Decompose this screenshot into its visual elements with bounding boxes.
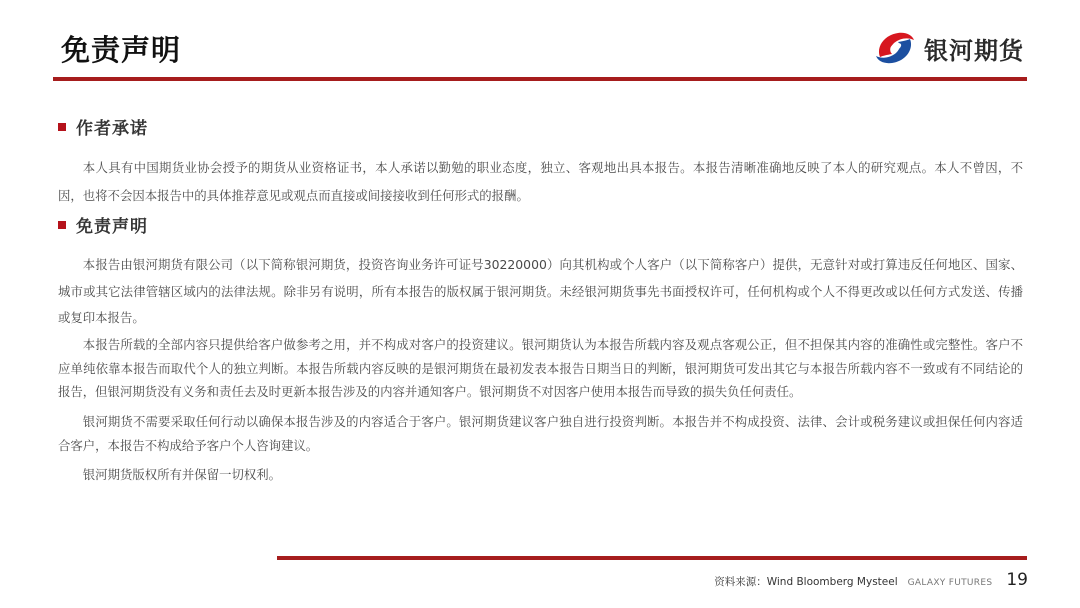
section-title: 作者承诺 <box>76 114 148 139</box>
disclaimer-paragraph-3: 银河期货不需要采取任何行动以确保本报告涉及的内容适合于客户。银河期货建议客户独自… <box>58 410 1023 458</box>
author-commitment-paragraph: 本人具有中国期货业协会授予的期货从业资格证书，本人承诺以勤勉的职业态度，独立、客… <box>58 154 1023 210</box>
section-title: 免责声明 <box>76 212 148 237</box>
square-bullet-icon <box>58 123 66 131</box>
logo-text: 银河期货 <box>924 31 1024 66</box>
data-source-note: 资料来源：Wind Bloomberg Mysteel <box>714 574 897 589</box>
disclaimer-paragraph-2: 本报告所载的全部内容只提供给客户做参考之用，并不构成对客户的投资建议。银河期货认… <box>58 333 1023 404</box>
footer-divider <box>277 556 1027 560</box>
company-logo: 银河期货 <box>874 28 1024 68</box>
page-title: 免责声明 <box>61 30 181 70</box>
disclaimer-paragraph-4: 银河期货版权所有并保留一切权利。 <box>58 463 1023 487</box>
section-heading-author-commitment: 作者承诺 <box>58 114 148 139</box>
section-heading-disclaimer: 免责声明 <box>58 212 148 237</box>
footer: 资料来源：Wind Bloomberg Mysteel GALAXY FUTUR… <box>714 570 1028 590</box>
disclaimer-paragraph-1: 本报告由银河期货有限公司（以下简称银河期货，投资咨询业务许可证号30220000… <box>58 252 1023 332</box>
galaxy-futures-s-logo-icon <box>874 29 916 67</box>
page-number: 19 <box>1006 570 1028 590</box>
brand-name-english: GALAXY FUTURES <box>908 578 993 588</box>
square-bullet-icon <box>58 221 66 229</box>
header-divider <box>53 77 1027 81</box>
